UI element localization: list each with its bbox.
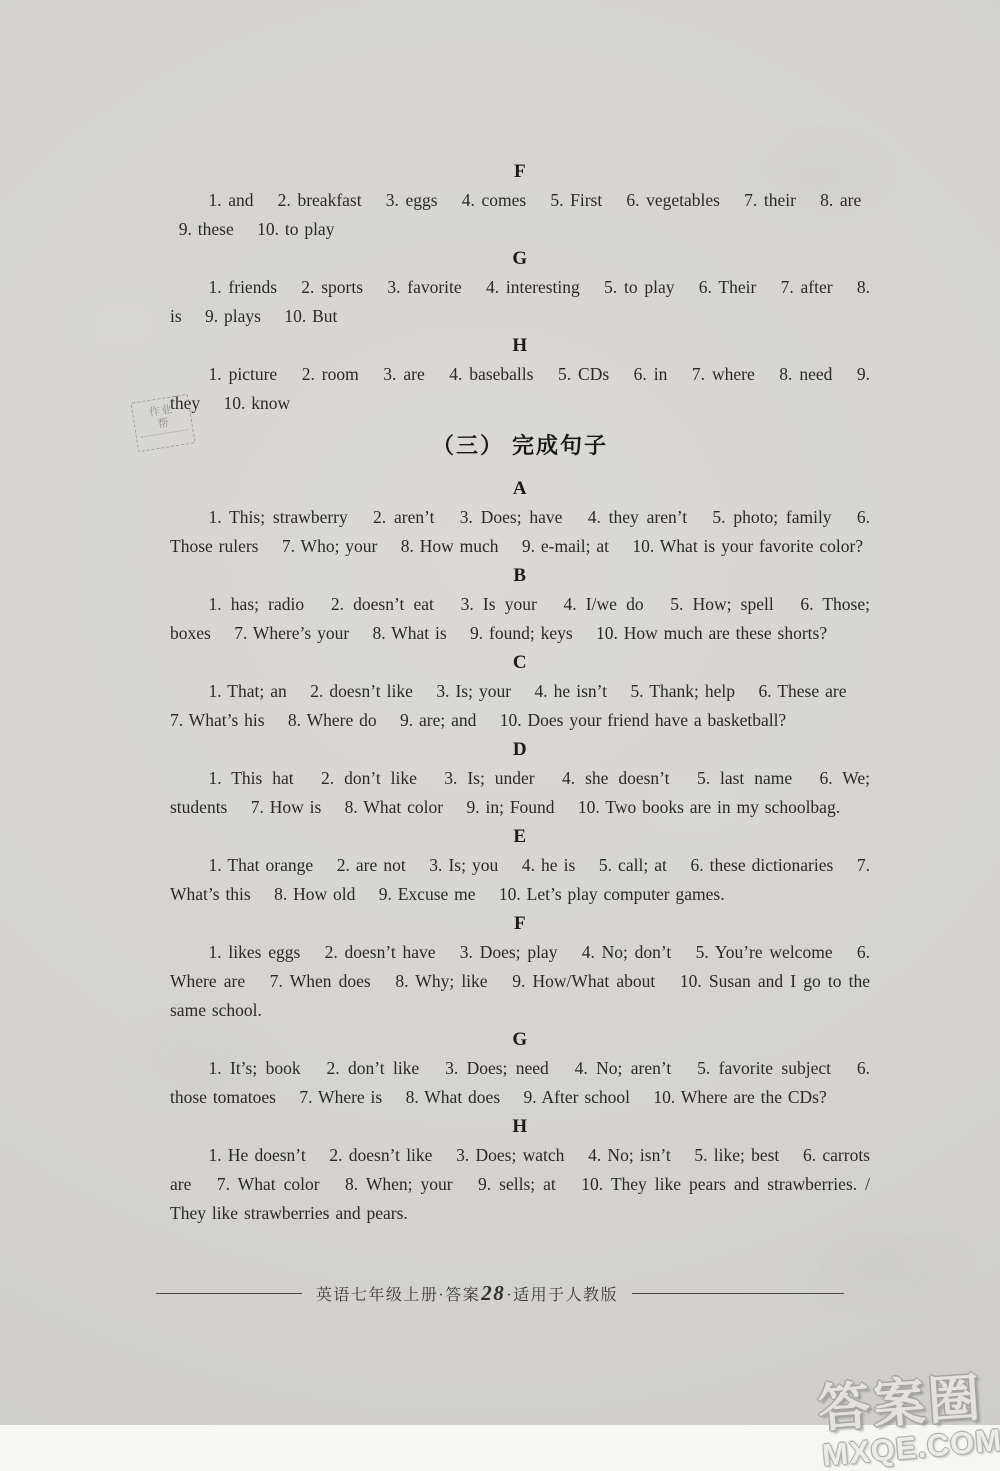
section-letter: H [170, 331, 870, 360]
answer-section: A 1. This; strawberry 2. aren’t 3. Does;… [170, 474, 870, 561]
answer-section: F 1. likes eggs 2. doesn’t have 3. Does;… [170, 909, 870, 1025]
answer-section: F 1. and 2. breakfast 3. eggs 4. comes 5… [170, 157, 870, 244]
answer-section: D 1. This hat 2. don’t like 3. Is; under… [170, 735, 870, 822]
section-letter: A [170, 474, 870, 503]
section-letter: E [170, 822, 870, 851]
section-answers: 1. likes eggs 2. doesn’t have 3. Does; p… [170, 938, 870, 1025]
section-answers: 1. This hat 2. don’t like 3. Is; under 4… [170, 764, 870, 822]
footer-text-prefix: 英语七年级上册·答案 [316, 1282, 480, 1305]
answer-section: G 1. It’s; book 2. don’t like 3. Does; n… [170, 1025, 870, 1112]
section-letter: D [170, 735, 870, 764]
part2-answer-sections: F 1. and 2. breakfast 3. eggs 4. comes 5… [170, 157, 870, 418]
section-letter: F [170, 157, 870, 186]
footer-page-number: 28 [480, 1281, 506, 1306]
answer-section: E 1. That orange 2. are not 3. Is; you 4… [170, 822, 870, 909]
section-letter: G [170, 1025, 870, 1054]
section-letter: C [170, 648, 870, 677]
footer-rule-left [156, 1293, 302, 1294]
section-letter: H [170, 1112, 870, 1141]
section-letter: G [170, 244, 870, 273]
answer-key-content: F 1. and 2. breakfast 3. eggs 4. comes 5… [170, 157, 870, 1228]
section-answers: 1. friends 2. sports 3. favorite 4. inte… [170, 273, 870, 331]
answer-section: G 1. friends 2. sports 3. favorite 4. in… [170, 244, 870, 331]
section-letter: B [170, 561, 870, 590]
faint-ink-stamp: 作业 帮 [130, 394, 195, 452]
footer-text-suffix: ·适用于人教版 [506, 1282, 618, 1305]
answer-section: H 1. picture 2. room 3. are 4. baseballs… [170, 331, 870, 418]
section-answers: 1. It’s; book 2. don’t like 3. Does; nee… [170, 1054, 870, 1112]
answer-section: C 1. That; an 2. doesn’t like 3. Is; you… [170, 648, 870, 735]
section-answers: 1. He doesn’t 2. doesn’t like 3. Does; w… [170, 1141, 870, 1228]
part3-answer-sections: A 1. This; strawberry 2. aren’t 3. Does;… [170, 474, 870, 1228]
section-answers: 1. and 2. breakfast 3. eggs 4. comes 5. … [170, 186, 870, 244]
answer-section: B 1. has; radio 2. doesn’t eat 3. Is you… [170, 561, 870, 648]
footer-rule-right [632, 1293, 844, 1294]
section-answers: 1. has; radio 2. doesn’t eat 3. Is your … [170, 590, 870, 648]
section-answers: 1. picture 2. room 3. are 4. baseballs 5… [170, 360, 870, 418]
section-answers: 1. That orange 2. are not 3. Is; you 4. … [170, 851, 870, 909]
section-answers: 1. This; strawberry 2. aren’t 3. Does; h… [170, 503, 870, 561]
page-footer: 英语七年级上册·答案 28 ·适用于人教版 [0, 1278, 1000, 1308]
section-letter: F [170, 909, 870, 938]
section-answers: 1. That; an 2. doesn’t like 3. Is; your … [170, 677, 870, 735]
answer-section: H 1. He doesn’t 2. doesn’t like 3. Does;… [170, 1112, 870, 1228]
part3-heading: （三） 完成句子 [170, 431, 870, 461]
